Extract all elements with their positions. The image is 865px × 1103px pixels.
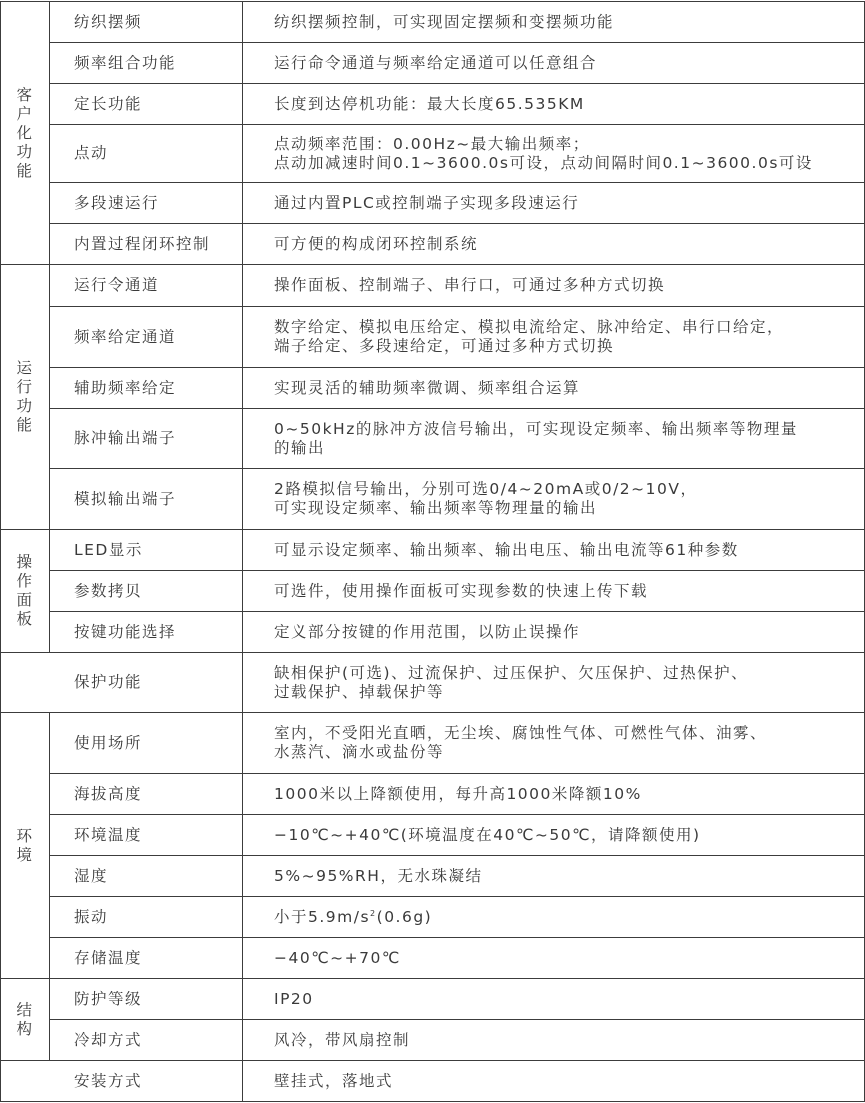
feature-desc: −10℃~+40℃(环境温度在40℃~50℃，请降额使用) bbox=[243, 815, 865, 856]
feature-desc: 通过内置PLC或控制端子实现多段速运行 bbox=[243, 183, 865, 224]
feature-desc: 风冷，带风扇控制 bbox=[243, 1020, 865, 1061]
feature-name: 湿度 bbox=[50, 856, 243, 897]
feature-desc: 1000米以上降额使用，每升高1000米降额10% bbox=[243, 774, 865, 815]
feature-name: 海拔高度 bbox=[50, 774, 243, 815]
feature-desc: 0~50kHz的脉冲方波信号输出，可实现设定频率、输出频率等物理量 的输出 bbox=[243, 409, 865, 469]
table-row: 操作面板 LED显示 可显示设定频率、输出频率、输出电压、输出电流等61种参数 bbox=[1, 530, 865, 571]
feature-name: 环境温度 bbox=[50, 815, 243, 856]
feature-desc: 缺相保护(可选)、过流保护、过压保护、欠压保护、过热保护、 过载保护、掉载保护等 bbox=[243, 653, 865, 713]
table-row: 客户化功能 纺织摆频 纺织摆频控制，可实现固定摆频和变摆频功能 bbox=[1, 2, 865, 43]
table-row: 结构 防护等级 IP20 bbox=[1, 979, 865, 1020]
table-row: 按键功能选择 定义部分按键的作用范围，以防止误操作 bbox=[1, 612, 865, 653]
feature-desc: IP20 bbox=[243, 979, 865, 1020]
table-row: 辅助频率给定 实现灵活的辅助频率微调、频率组合运算 bbox=[1, 368, 865, 409]
group-cell-panel: 操作面板 bbox=[1, 530, 50, 653]
feature-desc: 数字给定、模拟电压给定、模拟电流给定、脉冲给定、串行口给定， 端子给定、多段速给… bbox=[243, 307, 865, 368]
feature-name: 脉冲输出端子 bbox=[50, 409, 243, 469]
table-row: 点动 点动频率范围：0.00Hz~最大输出频率； 点动加减速时间0.1~3600… bbox=[1, 125, 865, 183]
feature-name: LED显示 bbox=[50, 530, 243, 571]
table-row: 内置过程闭环控制 可方便的构成闭环控制系统 bbox=[1, 224, 865, 265]
group-cell-structure: 结构 bbox=[1, 979, 50, 1061]
feature-name: 多段速运行 bbox=[50, 183, 243, 224]
table-row: 脉冲输出端子 0~50kHz的脉冲方波信号输出，可实现设定频率、输出频率等物理量… bbox=[1, 409, 865, 469]
feature-desc: 运行命令通道与频率给定通道可以任意组合 bbox=[243, 43, 865, 84]
feature-desc: 定义部分按键的作用范围，以防止误操作 bbox=[243, 612, 865, 653]
group-cell-env: 环境 bbox=[1, 713, 50, 979]
table-row: 湿度 5%~95%RH，无水珠凝结 bbox=[1, 856, 865, 897]
table-row: 环境温度 −10℃~+40℃(环境温度在40℃~50℃，请降额使用) bbox=[1, 815, 865, 856]
feature-desc: 壁挂式，落地式 bbox=[243, 1061, 865, 1102]
feature-desc: 室内，不受阳光直晒，无尘埃、腐蚀性气体、可燃性气体、油雾、 水蒸汽、滴水或盐份等 bbox=[243, 713, 865, 774]
feature-desc: 可选件，使用操作面板可实现参数的快速上传下载 bbox=[243, 571, 865, 612]
feature-name: 保护功能 bbox=[1, 653, 243, 713]
spec-table: 客户化功能 纺织摆频 纺织摆频控制，可实现固定摆频和变摆频功能 频率组合功能 运… bbox=[0, 1, 865, 1102]
feature-desc: 点动频率范围：0.00Hz~最大输出频率； 点动加减速时间0.1~3600.0s… bbox=[243, 125, 865, 183]
feature-desc: −40℃~+70℃ bbox=[243, 938, 865, 979]
feature-name: 频率给定通道 bbox=[50, 307, 243, 368]
feature-name: 振动 bbox=[50, 897, 243, 938]
table-row: 多段速运行 通过内置PLC或控制端子实现多段速运行 bbox=[1, 183, 865, 224]
feature-name: 辅助频率给定 bbox=[50, 368, 243, 409]
table-row: 海拔高度 1000米以上降额使用，每升高1000米降额10% bbox=[1, 774, 865, 815]
feature-desc: 可显示设定频率、输出频率、输出电压、输出电流等61种参数 bbox=[243, 530, 865, 571]
feature-desc: 小于5.9m/s2(0.6g) bbox=[243, 897, 865, 938]
table-row: 频率组合功能 运行命令通道与频率给定通道可以任意组合 bbox=[1, 43, 865, 84]
table-row: 频率给定通道 数字给定、模拟电压给定、模拟电流给定、脉冲给定、串行口给定， 端子… bbox=[1, 307, 865, 368]
table-row: 环境 使用场所 室内，不受阳光直晒，无尘埃、腐蚀性气体、可燃性气体、油雾、 水蒸… bbox=[1, 713, 865, 774]
feature-name: 防护等级 bbox=[50, 979, 243, 1020]
table-row: 参数拷贝 可选件，使用操作面板可实现参数的快速上传下载 bbox=[1, 571, 865, 612]
feature-name: 点动 bbox=[50, 125, 243, 183]
feature-name: 存储温度 bbox=[50, 938, 243, 979]
table-row: 模拟输出端子 2路模拟信号输出，分别可选0/4~20mA或0/2~10V， 可实… bbox=[1, 469, 865, 530]
feature-name: 纺织摆频 bbox=[50, 2, 243, 43]
superscript: 2 bbox=[370, 909, 377, 918]
table-row: 保护功能 缺相保护(可选)、过流保护、过压保护、欠压保护、过热保护、 过载保护、… bbox=[1, 653, 865, 713]
feature-desc: 5%~95%RH，无水珠凝结 bbox=[243, 856, 865, 897]
feature-name: 频率组合功能 bbox=[50, 43, 243, 84]
feature-desc: 实现灵活的辅助频率微调、频率组合运算 bbox=[243, 368, 865, 409]
table-row: 冷却方式 风冷，带风扇控制 bbox=[1, 1020, 865, 1061]
table-row: 运行功能 运行令通道 操作面板、控制端子、串行口，可通过多种方式切换 bbox=[1, 265, 865, 307]
table-row: 振动 小于5.9m/s2(0.6g) bbox=[1, 897, 865, 938]
feature-desc: 可方便的构成闭环控制系统 bbox=[243, 224, 865, 265]
table-row: 存储温度 −40℃~+70℃ bbox=[1, 938, 865, 979]
feature-name: 使用场所 bbox=[50, 713, 243, 774]
feature-desc: 长度到达停机功能：最大长度65.535KM bbox=[243, 84, 865, 125]
feature-desc: 2路模拟信号输出，分别可选0/4~20mA或0/2~10V， 可实现设定频率、输… bbox=[243, 469, 865, 530]
feature-name: 运行令通道 bbox=[50, 265, 243, 307]
feature-name: 内置过程闭环控制 bbox=[50, 224, 243, 265]
feature-name: 按键功能选择 bbox=[50, 612, 243, 653]
table-row: 定长功能 长度到达停机功能：最大长度65.535KM bbox=[1, 84, 865, 125]
group-cell-run: 运行功能 bbox=[1, 265, 50, 530]
feature-name: 参数拷贝 bbox=[50, 571, 243, 612]
group-cell-custom: 客户化功能 bbox=[1, 2, 50, 265]
feature-name: 安装方式 bbox=[1, 1061, 243, 1102]
feature-desc: 操作面板、控制端子、串行口，可通过多种方式切换 bbox=[243, 265, 865, 307]
table-row: 安装方式 壁挂式，落地式 bbox=[1, 1061, 865, 1102]
feature-name: 冷却方式 bbox=[50, 1020, 243, 1061]
feature-desc: 纺织摆频控制，可实现固定摆频和变摆频功能 bbox=[243, 2, 865, 43]
feature-name: 模拟输出端子 bbox=[50, 469, 243, 530]
feature-name: 定长功能 bbox=[50, 84, 243, 125]
